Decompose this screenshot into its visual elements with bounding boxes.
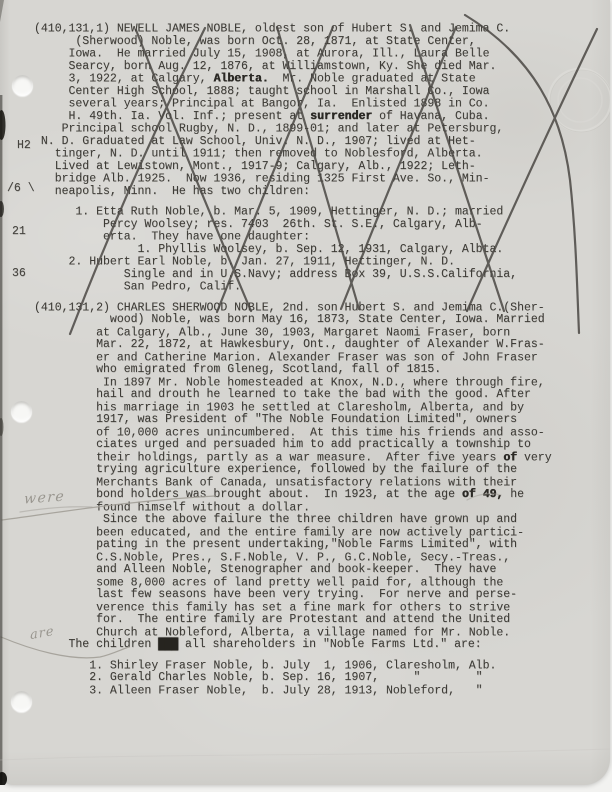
typed-line: pating in the present undertaking,"Noble… (34, 539, 604, 552)
typed-line: of 10,000 acres unincumbered. At this ti… (34, 427, 604, 440)
typed-segment: Percy Woolsey; res. 7403 26th. St. S.E.,… (34, 218, 483, 231)
typed-line: Searcy, born Aug. 12, 1876, at Williamst… (34, 61, 604, 74)
typed-line: Church at Nobleford, Alberta, a village … (34, 627, 604, 640)
typed-segment: N. D. Graduated at Law School, Univ. N. … (34, 135, 476, 148)
typed-segment: (Sherwood) Noble, was born Oct. 28, 1871… (34, 35, 476, 48)
typed-line: tinger, N. D. until 1911; then removed t… (34, 148, 604, 161)
typed-line: (410,131,2) CHARLES SHERWOOD NOBLE, 2nd.… (34, 302, 604, 315)
typed-line: Principal school Rugby, N. D., 1899-01; … (34, 123, 604, 136)
typed-line: 3, 1922, at Calgary, Alberta. Mr. Noble … (34, 73, 604, 86)
typed-line: Single and in U.S.Navy; address Box 39, … (34, 269, 604, 282)
typed-segment: 3. Alleen Fraser Noble, b. July 28, 1913… (34, 684, 483, 697)
typed-segment: 3, 1922, at Calgary, (34, 72, 213, 85)
typed-line: H. 49th. Ia. Vol. Inf.; present at surre… (34, 111, 604, 124)
typed-line: several years; Principal at Bangor, Ia. … (34, 98, 604, 111)
typed-line: N. D. Graduated at Law School, Univ. N. … (34, 136, 604, 149)
typed-line: bridge Alb. 1925. Now 1936, residing 132… (34, 173, 604, 186)
pencil-note-were: were (23, 489, 65, 508)
typed-line: 2. Gerald Charles Noble, b. Sep. 16, 190… (34, 672, 604, 685)
punch-hole-middle (11, 401, 32, 422)
typed-segment: 2. Gerald Charles Noble, b. Sep. 16, 190… (34, 671, 483, 684)
typed-segment: of Havana, Cuba. (372, 110, 489, 123)
typed-segment-redact: ███ (158, 638, 178, 651)
typed-segment: some 8,000 acres of land pretty well pai… (34, 576, 503, 589)
typed-segment: very (517, 451, 552, 464)
typed-segment: bridge Alb. 1925. Now 1936, residing 132… (34, 172, 489, 185)
typed-line: San Pedro, Calif. (34, 281, 604, 294)
typed-line: 2. Hubert Earl Noble, b. Jan. 27, 1911, … (34, 256, 604, 269)
typed-segment: Mar. 22, 1872, at Hawkesbury, Ont., daug… (34, 338, 545, 351)
typed-segment: for. The entire family are Protestant an… (34, 613, 510, 626)
typed-segment: Single and in U.S.Navy; address Box 39, … (34, 268, 517, 281)
typed-line: and Alleen Noble, Stenographer and book-… (34, 564, 604, 577)
typed-segment: pating in the present undertaking,"Noble… (34, 538, 517, 551)
scan-backdrop: { "page": { "paper_color": "#d7d6d2", "i… (0, 0, 612, 792)
typed-line: verence this family has set a fine mark … (34, 602, 604, 615)
typed-segment: Mr. Noble graduated at State (269, 72, 476, 85)
typed-line: er and Catherine Marion. Alexander Frase… (34, 352, 604, 365)
typed-line: C.S.Noble, Pres., S.F.Noble, V. P., G.C.… (34, 552, 604, 565)
typed-line: trying agriculture experience, followed … (34, 464, 604, 477)
typed-line: neapolis, Minn. He has two children: (34, 186, 604, 199)
typed-segment: who emigrated from Gleneg, Scotland, fal… (34, 363, 441, 376)
typed-segment: their holdings, partly as a war measure.… (34, 451, 503, 464)
typed-segment: his marriage in 1903 he settled at Clare… (34, 401, 524, 414)
typed-line: erta. They have one daughter: (34, 231, 604, 244)
typed-segment: bond holders was brought about. In 1923,… (34, 488, 462, 501)
typed-line: at Calgary, Alb., June 30, 1903, Margare… (34, 327, 604, 340)
typed-segment: neapolis, Minn. He has two children: (34, 185, 310, 198)
document-page: H2 /6 \ 21 36 (410,131,1) NEWELL JAMES N… (0, 0, 610, 785)
typed-segment: Merchants Bank of Canada, unsatisfactory… (34, 476, 517, 489)
typed-segment: erta. They have one daughter: (34, 230, 310, 243)
typed-segment: Principal school Rugby, N. D., 1899-01; … (34, 122, 503, 135)
typed-line: bond holders was brought about. In 1923,… (34, 489, 604, 502)
typed-line: for. The entire family are Protestant an… (34, 614, 604, 627)
typed-line: 1. Shirley Fraser Noble, b. July 1, 1906… (34, 660, 604, 673)
typed-segment: at Calgary, Alb., June 30, 1903, Margare… (34, 326, 510, 339)
typed-line: been educated, and the entire family are… (34, 527, 604, 540)
punch-hole-bottom (11, 691, 32, 712)
margin-stamp-line: /6 \ (7, 182, 35, 196)
typed-line: who emigrated from Gleneg, Scotland, fal… (34, 364, 604, 377)
typed-segment: Church at Nobleford, Alberta, a village … (34, 626, 510, 639)
typed-segment: found himself without a dollar. (34, 501, 310, 514)
typed-line: (Sherwood) Noble, was born Oct. 28, 1871… (34, 36, 604, 49)
typed-line: Lived at Lewistown, Mont., 1917-9; Calga… (34, 161, 604, 174)
typed-line: his marriage in 1903 he settled at Clare… (34, 402, 604, 415)
typed-line: Mar. 22, 1872, at Hawkesbury, Ont., daug… (34, 339, 604, 352)
typed-segment: all shareholders in "Noble Farms Ltd." a… (178, 638, 482, 651)
typed-segment: In 1897 Mr. Noble homesteaded at Knox, N… (34, 376, 545, 389)
typed-segment: H. 49th. Ia. Vol. Inf.; present at (34, 110, 310, 123)
typed-line: found himself without a dollar. (34, 502, 604, 515)
typed-line: (410,131,1) NEWELL JAMES NOBLE, oldest s… (34, 23, 604, 36)
typed-line: 1. Phyllis Woolsey, b. Sep. 12, 1931, Ca… (34, 244, 604, 257)
margin-stamp-line: 21 (12, 225, 35, 239)
typed-segment-bold: Alberta. (213, 72, 268, 85)
typed-segment: hail and drouth he learned to take the b… (34, 388, 531, 401)
typed-line: 1. Etta Ruth Noble, b. Mar. 5, 1909, Het… (34, 206, 604, 219)
typed-block: (410,131,2) CHARLES SHERWOOD NOBLE, 2nd.… (34, 302, 604, 652)
typed-segment: wood) Noble, was born May 16, 1873, Stat… (34, 313, 545, 326)
margin-stamp: H2 /6 \ 21 36 (6, 111, 35, 310)
typed-line: their holdings, partly as a war measure.… (34, 452, 604, 465)
typed-segment: 1917, was President of "The Noble Founda… (34, 413, 517, 426)
typed-line: Merchants Bank of Canada, unsatisfactory… (34, 477, 604, 490)
typed-segment: ciates urged and persuaded him to add pr… (34, 438, 531, 451)
typed-line: some 8,000 acres of land pretty well pai… (34, 577, 604, 590)
typed-line: wood) Noble, was born May 16, 1873, Stat… (34, 314, 604, 327)
typed-segment: several years; Principal at Bangor, Ia. … (34, 97, 489, 110)
typed-segment: he (503, 488, 524, 501)
typed-segment: 2. Hubert Earl Noble, b. Jan. 27, 1911, … (34, 255, 455, 268)
typed-segment: C.S.Noble, Pres., S.F.Noble, V. P., G.C.… (34, 551, 510, 564)
typed-line: 1917, was President of "The Noble Founda… (34, 414, 604, 427)
typed-segment: verence this family has set a fine mark … (34, 601, 510, 614)
typed-segment: 1. Shirley Fraser Noble, b. July 1, 1906… (34, 659, 496, 672)
typed-line: Percy Woolsey; res. 7403 26th. St. S.E.,… (34, 219, 604, 232)
typed-line: last few seasons have been very trying. … (34, 589, 604, 602)
typed-segment: (410,131,1) NEWELL JAMES NOBLE, oldest s… (34, 22, 510, 35)
typed-segment-bold: of (503, 451, 517, 464)
paper-crease (0, 749, 610, 760)
typed-line: Iowa. He married July 15, 1908, at Auror… (34, 48, 604, 61)
typed-text: (410,131,1) NEWELL JAMES NOBLE, oldest s… (34, 23, 604, 697)
typed-line: 3. Alleen Fraser Noble, b. July 28, 1913… (34, 685, 604, 698)
typed-line: In 1897 Mr. Noble homesteaded at Knox, N… (34, 377, 604, 390)
margin-stamp-line: 36 (12, 267, 35, 281)
typed-segment-bold: of 49, (462, 488, 503, 501)
typed-block: 1. Shirley Fraser Noble, b. July 1, 1906… (34, 660, 604, 698)
typed-segment: er and Catherine Marion. Alexander Frase… (34, 351, 538, 364)
typed-segment: last few seasons have been very trying. … (34, 588, 517, 601)
typed-segment: San Pedro, Calif. (34, 280, 241, 293)
typed-segment: trying agriculture experience, followed … (34, 463, 517, 476)
punch-hole-top (12, 75, 33, 96)
typed-block: 1. Etta Ruth Noble, b. Mar. 5, 1909, Het… (34, 206, 604, 294)
typed-segment: (410,131,2) CHARLES SHERWOOD NOBLE, 2nd.… (34, 301, 545, 314)
typed-line: The children ███ all shareholders in "No… (34, 639, 604, 652)
typed-segment-bold: surrender (310, 110, 372, 123)
typed-line: hail and drouth he learned to take the b… (34, 389, 604, 402)
typed-segment: Iowa. He married July 15, 1908, at Auror… (34, 47, 489, 60)
typed-segment: tinger, N. D. until 1911; then removed t… (34, 147, 483, 160)
typed-line: Center High School, 1888; taught school … (34, 86, 604, 99)
typed-segment: 1. Etta Ruth Noble, b. Mar. 5, 1909, Het… (34, 205, 503, 218)
typed-segment: Searcy, born Aug. 12, 1876, at Williamst… (34, 60, 496, 73)
typed-segment: of 10,000 acres unincumbered. At this ti… (34, 426, 545, 439)
typed-segment: The children (34, 638, 158, 651)
typed-segment: Lived at Lewistown, Mont., 1917-9; Calga… (34, 160, 476, 173)
typed-segment: been educated, and the entire family are… (34, 526, 524, 539)
typed-line: Since the above failure the three childr… (34, 514, 604, 527)
typed-segment: Center High School, 1888; taught school … (34, 85, 489, 98)
margin-stamp-line: H2 (17, 139, 35, 153)
typed-segment: 1. Phyllis Woolsey, b. Sep. 12, 1931, Ca… (34, 243, 503, 256)
typed-line: ciates urged and persuaded him to add pr… (34, 439, 604, 452)
typed-block: (410,131,1) NEWELL JAMES NOBLE, oldest s… (34, 23, 604, 198)
typed-segment: Since the above failure the three childr… (34, 513, 517, 526)
typed-segment: and Alleen Noble, Stenographer and book-… (34, 563, 496, 576)
